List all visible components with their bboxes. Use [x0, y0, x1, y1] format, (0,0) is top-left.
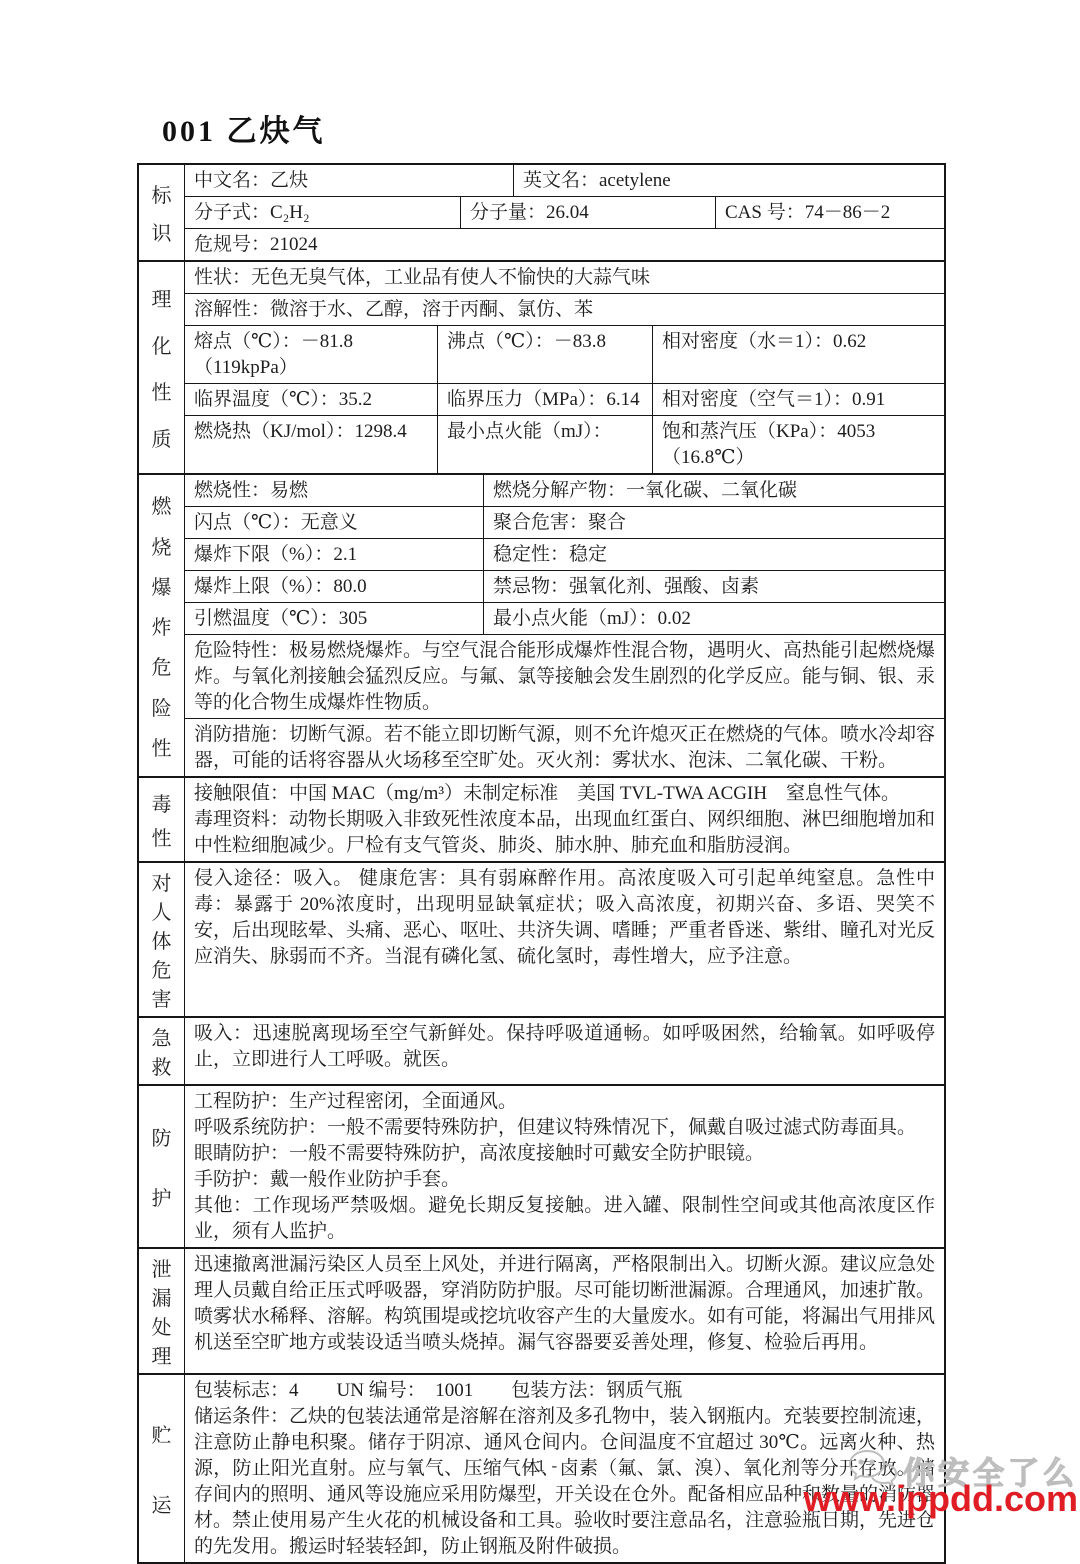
section-health-hazard: 对人体危害 侵入途径：吸入。 健康危害：具有弱麻醉作用。高浓度吸入可引起单纯窒息… [139, 861, 944, 1016]
tox-data-line: 毒理资料：动物长期吸入非致死性浓度本品，出现血红蛋白、网织细胞、淋巴细胞增加和中… [194, 807, 935, 859]
section-header-leak-handling: 泄漏处理 [139, 1249, 185, 1373]
cell-flammability: 燃烧性：易燃 [185, 475, 483, 506]
section-leak-handling: 泄漏处理 迅速撤离泄漏污染区人员至上风处，并进行隔离，严格限制出入。切断火源。建… [139, 1247, 944, 1373]
cell-leak-handling-text: 迅速撤离泄漏污染区人员至上风处，并进行隔离，严格限制出入。切断火源。建议应急处理… [185, 1249, 944, 1358]
cell-min-ignition: 最小点火能（mJ）：0.02 [483, 603, 944, 634]
cell-ignition-temp: 引燃温度（℃）：305 [185, 603, 483, 634]
protection-engineering-line: 工程防护：生产过程密闭，全面通风。 [194, 1089, 935, 1115]
cell-combustion-products: 燃烧分解产物：一氧化碳、二氧化碳 [483, 475, 944, 506]
cell-danger-code: 危规号：21024 [185, 229, 944, 260]
cell-formula: 分子式：C₂H₂ [185, 197, 460, 228]
section-header-first-aid: 急救 [139, 1018, 185, 1084]
exposure-limits-line: 接触限值：中国 MAC（mg/m³）未制定标准 美国 TVL-TWA ACGIH… [194, 781, 935, 807]
cell-protection-text: 工程防护：生产过程密闭，全面通风。 呼吸系统防护：一般不需要特殊防护，但建议特殊… [185, 1086, 944, 1247]
cell-en-name: 英文名：acetylene [513, 165, 944, 196]
section-fire-explosion: 燃烧爆炸危险性 燃烧性：易燃 燃烧分解产物：一氧化碳、二氧化碳 闪点（℃）：无意… [139, 473, 944, 776]
cell-critical-temp: 临界温度（℃）：35.2 [185, 384, 437, 415]
cell-density-air: 相对密度（空气＝1）：0.91 [652, 384, 944, 415]
cell-fire-fighting: 消防措施：切断气源。若不能立即切断气源，则不允许熄灭正在燃烧的气体。喷水冷却容器… [185, 719, 944, 776]
cell-appearance: 性状：无色无臭气体，工业品有使人不愉快的大蒜气味 [185, 262, 944, 293]
cell-explosion-lower: 爆炸下限（%）：2.1 [185, 539, 483, 570]
cell-critical-pressure: 临界压力（MPa）：6.14 [437, 384, 652, 415]
watermark: 你安全了么 www.ippdd.com [803, 1448, 1078, 1517]
cell-cas-number: CAS 号：74－86－2 [715, 197, 944, 228]
section-first-aid: 急救 吸入：迅速脱离现场至空气新鲜处。保持呼吸道通畅。如呼吸困然，给输氧。如呼吸… [139, 1016, 944, 1084]
cell-flash-point: 闪点（℃）：无意义 [185, 507, 483, 538]
section-header-protection: 防护 [139, 1086, 185, 1247]
section-header-fire-explosion: 燃烧爆炸危险性 [139, 475, 185, 776]
protection-other-line: 其他：工作现场严禁吸烟。避免长期反复接触。进入罐、限制性空间或其他高浓度区作业，… [194, 1193, 935, 1245]
cell-polymerization: 聚合危害：聚合 [483, 507, 944, 538]
cell-mol-weight: 分子量：26.04 [460, 197, 715, 228]
cell-stability: 稳定性：稳定 [483, 539, 944, 570]
protection-hand-line: 手防护：戴一般作业防护手套。 [194, 1167, 935, 1193]
cell-cn-name: 中文名：乙炔 [185, 165, 513, 196]
cell-toxicity-text: 接触限值：中国 MAC（mg/m³）未制定标准 美国 TVL-TWA ACGIH… [185, 778, 944, 861]
protection-eye-line: 眼睛防护：一般不需要特殊防护，高浓度接触时可戴安全防护眼镜。 [194, 1141, 935, 1167]
msds-table: 标识 中文名：乙炔 英文名：acetylene 分子式：C₂H₂ 分子量：26.… [137, 163, 946, 1564]
section-protection: 防护 工程防护：生产过程密闭，全面通风。 呼吸系统防护：一般不需要特殊防护，但建… [139, 1084, 944, 1247]
protection-respiratory-line: 呼吸系统防护：一般不需要特殊防护，但建议特殊情况下，佩戴自吸过滤式防毒面具。 [194, 1115, 935, 1141]
packaging-line: 包装标志：4 UN 编号： 1001 包装方法：钢质气瓶 [194, 1378, 935, 1404]
section-header-physchem: 理化性质 [139, 262, 185, 473]
watermark-url: www.ippdd.com [803, 1481, 1078, 1517]
cell-incompatibles: 禁忌物：强氧化剂、强酸、卤素 [483, 571, 944, 602]
cell-min-ignition-energy: 最小点火能（mJ）： [437, 416, 652, 473]
section-header-toxicity: 毒性 [139, 778, 185, 861]
cell-sat-vapor-pressure: 饱和蒸汽压（KPa）：4053（16.8℃） [652, 416, 944, 473]
cell-density-water: 相对密度（水＝1）：0.62 [652, 326, 944, 383]
section-header-identification: 标识 [139, 165, 185, 260]
cell-health-hazard-text: 侵入途径：吸入。 健康危害：具有弱麻醉作用。高浓度吸入可引起单纯窒息。急性中毒：… [185, 863, 944, 972]
section-physchem: 理化性质 性状：无色无臭气体，工业品有使人不愉快的大蒜气味 溶解性：微溶于水、乙… [139, 260, 944, 473]
cell-explosion-upper: 爆炸上限（%）：80.0 [185, 571, 483, 602]
section-header-health-hazard: 对人体危害 [139, 863, 185, 1016]
cell-first-aid-text: 吸入：迅速脱离现场至空气新鲜处。保持呼吸道通畅。如呼吸困然，给输氧。如呼吸停止，… [185, 1018, 944, 1075]
section-identification: 标识 中文名：乙炔 英文名：acetylene 分子式：C₂H₂ 分子量：26.… [139, 165, 944, 260]
section-toxicity: 毒性 接触限值：中国 MAC（mg/m³）未制定标准 美国 TVL-TWA AC… [139, 776, 944, 861]
cell-hazard-characteristics: 危险特性：极易燃烧爆炸。与空气混合能形成爆炸性混合物，遇明火、高热能引起燃烧爆炸… [185, 635, 944, 718]
cell-combustion-heat: 燃烧热（KJ/mol）：1298.4 [185, 416, 437, 473]
page-title: 001 乙炔气 [162, 106, 326, 150]
cell-boiling-point: 沸点（℃）：－83.8 [437, 326, 652, 383]
cell-melting-point: 熔点（℃）：－81.8（119kpPa） [185, 326, 437, 383]
cell-solubility: 溶解性：微溶于水、乙醇，溶于丙酮、氯仿、苯 [185, 294, 944, 325]
